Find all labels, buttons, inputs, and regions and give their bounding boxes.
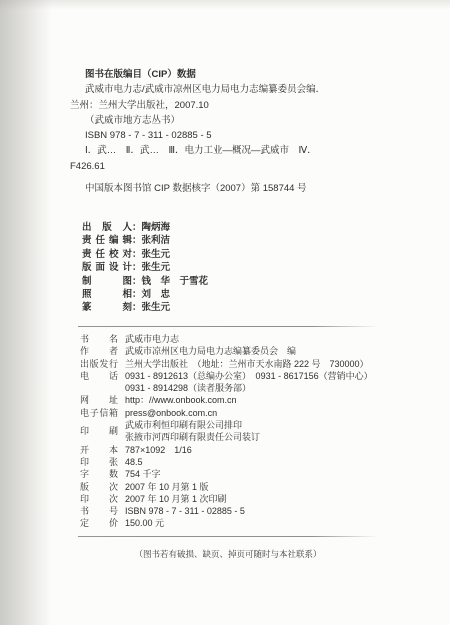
credit-value: 张生元 [142, 302, 171, 313]
colon: ： [132, 262, 142, 273]
credit-row-editor: 责任编辑：张利洁 [82, 234, 208, 247]
info-label: 印张 [80, 456, 118, 468]
info-label: 定价 [80, 517, 118, 529]
credit-label: 照相 [82, 288, 132, 301]
info-value: 武威市凉州区电力局电力志编纂委员会 编 [125, 345, 418, 357]
publication-info-block: 书名武威市电力志 作者武威市凉州区电力局电力志编纂委员会 编 出版发行兰州大学出… [80, 333, 418, 530]
credit-value: 钱 华 于雪花 [142, 276, 209, 287]
credits-block: 出版人：陶炳海 责任编辑：张利洁 责任校对：张生元 版面设计：张生元 制图：钱 … [82, 221, 208, 315]
credit-row-proofreader: 责任校对：张生元 [82, 248, 208, 261]
colon: ： [132, 235, 142, 246]
contact-note: （图书若有破损、缺页、掉页可随时与本社联系） [78, 548, 378, 560]
info-value: 2007 年 10 月第 1 次印刷 [125, 493, 418, 505]
colon: ： [132, 249, 142, 260]
info-row-printing: 印刷武威市利恒印刷有限公司排印张掖市河西印刷有限责任公司装订 [80, 419, 418, 444]
info-row-author: 作者武威市凉州区电力局电力志编纂委员会 编 [80, 345, 418, 357]
credit-label: 责任校对 [82, 248, 132, 261]
credit-value: 陶炳海 [142, 222, 171, 233]
info-row-price: 定价150.00 元 [80, 517, 418, 529]
info-row-telephone: 电话0931 - 8912613（总编办公室） 0931 - 8617156（营… [80, 370, 418, 382]
cip-publisher-line: 兰州：兰州大学出版社，2007.10 [70, 98, 418, 113]
info-label: 字数 [80, 468, 118, 480]
info-value: 兰州大学出版社 （地址：兰州市天水南路 222 号 730000） [125, 358, 418, 370]
credit-label: 版面设计 [82, 261, 132, 274]
credit-label: 出版人 [82, 221, 132, 234]
info-label: 印次 [80, 493, 118, 505]
info-row-sheets: 印张48.5 [80, 456, 418, 468]
info-value: http：//www.onbook.com.cn [125, 394, 418, 406]
info-value: 150.00 元 [125, 517, 418, 529]
credit-row-photography: 照相：刘 忠 [82, 288, 208, 301]
info-label: 电子信箱 [80, 407, 118, 419]
info-label: 出版发行 [80, 358, 118, 370]
credit-value: 刘 忠 [142, 289, 171, 300]
colon: ： [132, 222, 142, 233]
info-row-impression: 印次2007 年 10 月第 1 次印刷 [80, 493, 418, 505]
info-label: 作者 [80, 345, 118, 357]
credit-row-publisher: 出版人：陶炳海 [82, 221, 208, 234]
credit-label: 篆刻 [82, 301, 132, 314]
cip-isbn-line: ISBN 978 - 7 - 311 - 02885 - 5 [70, 128, 418, 143]
info-value: 754 千字 [125, 468, 418, 480]
printing-line-2: 张掖市河西印刷有限责任公司装订 [125, 431, 418, 443]
info-label: 开本 [80, 444, 118, 456]
cip-class-number: F426.61 [70, 159, 418, 174]
info-row-website: 网址http：//www.onbook.com.cn [80, 394, 418, 406]
info-row-format: 开本787×1092 1/16 [80, 444, 418, 456]
info-row-word-count: 字数754 千字 [80, 468, 418, 480]
info-row-book-title: 书名武威市电力志 [80, 333, 418, 345]
credit-label: 责任编辑 [82, 234, 132, 247]
credit-row-layout: 版面设计：张生元 [82, 261, 208, 274]
colon: ： [132, 302, 142, 313]
info-label: 网址 [80, 394, 118, 406]
cip-series-line: （武威市地方志丛书） [70, 113, 418, 128]
info-value: 0931 - 8912613（总编办公室） 0931 - 8617156（营销中… [125, 370, 418, 382]
info-label: 印刷 [80, 425, 118, 437]
info-row-email: 电子信箱press@onbook.com.cn [80, 407, 418, 419]
printing-line-1: 武威市利恒印刷有限公司排印 [125, 419, 418, 431]
credit-row-cartography: 制图：钱 华 于雪花 [82, 275, 208, 288]
info-label: 版次 [80, 481, 118, 493]
scan-shadow-top [0, 0, 450, 10]
divider-bottom [78, 536, 378, 537]
info-row-publisher: 出版发行兰州大学出版社 （地址：兰州市天水南路 222 号 730000） [80, 358, 418, 370]
book-copyright-page: { "cip": { "heading": "图书在版编目（CIP）数据", "… [0, 0, 450, 625]
cip-classification-line: Ⅰ．武… Ⅱ．武… Ⅲ．电力工业—概况—武威市 Ⅳ． [70, 143, 418, 158]
credit-value: 张利洁 [142, 235, 171, 246]
info-value: 武威市电力志 [125, 333, 418, 345]
info-value: 武威市利恒印刷有限公司排印张掖市河西印刷有限责任公司装订 [125, 419, 418, 444]
credit-label: 制图 [82, 275, 132, 288]
colon: ： [132, 289, 142, 300]
credit-row-seal-carving: 篆刻：张生元 [82, 301, 208, 314]
scan-shadow-left [0, 0, 52, 625]
credit-value: 张生元 [142, 249, 171, 260]
info-value: ISBN 978 - 7 - 311 - 02885 - 5 [125, 505, 418, 517]
colon: ： [132, 276, 142, 287]
cip-block: 图书在版编目（CIP）数据 武威市电力志/武威市凉州区电力局电力志编纂委员会编．… [70, 67, 418, 196]
divider-top [78, 326, 378, 327]
info-value: press@onbook.com.cn [125, 407, 418, 419]
cip-record-number: 中国版本图书馆 CIP 数据核字（2007）第 158744 号 [70, 181, 418, 196]
cip-title-statement: 武威市电力志/武威市凉州区电力局电力志编纂委员会编． [70, 82, 418, 97]
info-row-edition: 版次2007 年 10 月第 1 版 [80, 481, 418, 493]
credit-value: 张生元 [142, 262, 171, 273]
cip-heading: 图书在版编目（CIP）数据 [70, 67, 418, 82]
info-value: 787×1092 1/16 [125, 444, 418, 456]
info-label: 书号 [80, 505, 118, 517]
info-value: 48.5 [125, 456, 418, 468]
info-value: 2007 年 10 月第 1 版 [125, 481, 418, 493]
info-value: 0931 - 8914298（读者服务部） [125, 382, 418, 394]
info-label: 电话 [80, 370, 118, 382]
info-row-telephone-cont: 0931 - 8914298（读者服务部） [80, 382, 418, 394]
info-row-isbn: 书号ISBN 978 - 7 - 311 - 02885 - 5 [80, 505, 418, 517]
info-label [80, 382, 118, 394]
info-label: 书名 [80, 333, 118, 345]
